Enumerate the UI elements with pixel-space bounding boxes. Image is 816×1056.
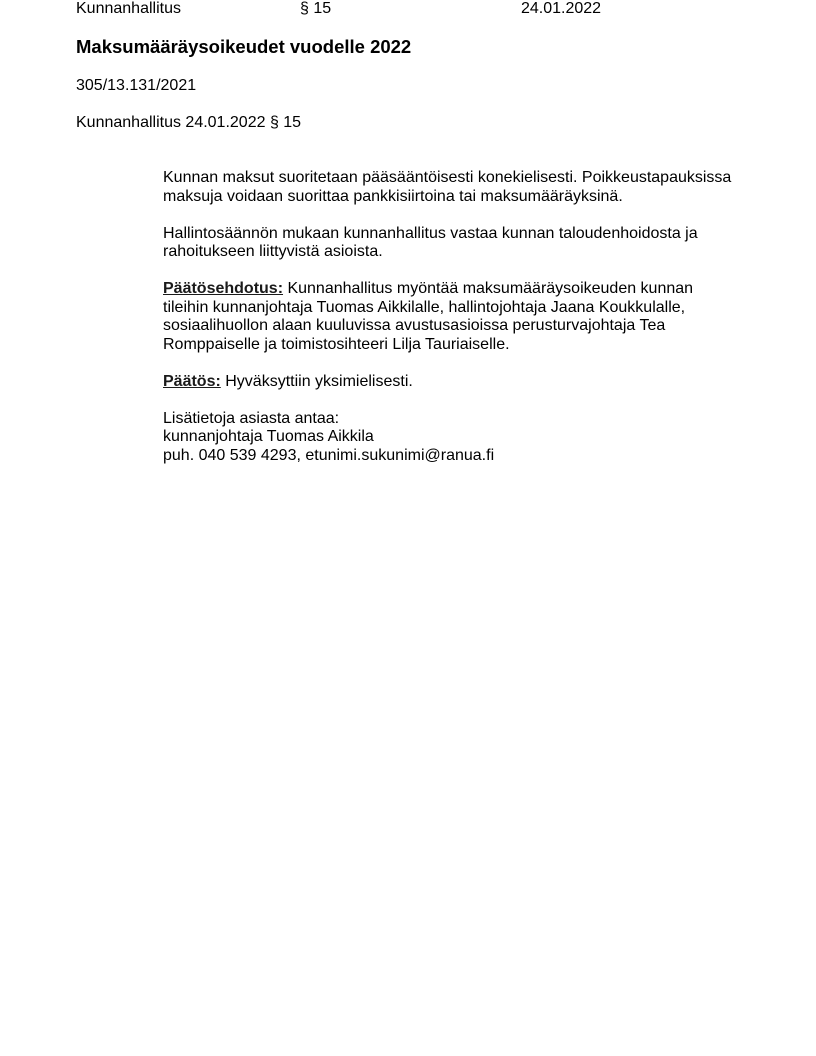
contact-person: kunnanjohtaja Tuomas Aikkila: [163, 428, 753, 447]
text-line: Hallintosäännön mukaan kunnanhallitus va…: [163, 225, 753, 244]
paragraph-proposal: Päätösehdotus: Kunnanhallitus myöntää ma…: [163, 280, 753, 354]
contact-intro: Lisätietoja asiasta antaa:: [163, 410, 753, 429]
paragraph-decision: Päätös: Hyväksyttiin yksimielisesti.: [163, 373, 753, 392]
document-header: Kunnanhallitus § 15 24.01.2022: [76, 0, 636, 19]
contact-details: puh. 040 539 4293, etunimi.sukunimi@ranu…: [163, 447, 753, 466]
paragraph-administration: Hallintosäännön mukaan kunnanhallitus va…: [163, 225, 753, 262]
document-body: Kunnan maksut suoritetaan pääsääntöisest…: [163, 169, 753, 484]
meeting-reference: Kunnanhallitus 24.01.2022 § 15: [76, 113, 301, 133]
decision-text: Hyväksyttiin yksimielisesti.: [221, 373, 413, 390]
text-line: rahoitukseen liittyvistä asioista.: [163, 243, 753, 262]
decision-label: Päätös:: [163, 373, 221, 390]
paragraph-payments: Kunnan maksut suoritetaan pääsääntöisest…: [163, 169, 753, 206]
reference-number: 305/13.131/2021: [76, 76, 196, 96]
header-organ: Kunnanhallitus: [76, 0, 181, 19]
document-title: Maksumääräysoikeudet vuodelle 2022: [76, 36, 411, 58]
proposal-label: Päätösehdotus:: [163, 280, 283, 297]
proposal-text: Kunnanhallitus myöntää maksumääräysoikeu…: [283, 280, 693, 297]
text-line: Romppaiselle ja toimistosihteeri Lilja T…: [163, 336, 753, 355]
text-line: Kunnan maksut suoritetaan pääsääntöisest…: [163, 169, 753, 188]
text-line: tileihin kunnanjohtaja Tuomas Aikkilalle…: [163, 299, 753, 318]
text-line: Päätösehdotus: Kunnanhallitus myöntää ma…: [163, 280, 753, 299]
text-line: sosiaalihuollon alaan kuuluvissa avustus…: [163, 317, 753, 336]
text-line: Päätös: Hyväksyttiin yksimielisesti.: [163, 373, 753, 392]
text-line: maksuja voidaan suorittaa pankkisiirtoin…: [163, 188, 753, 207]
paragraph-contact: Lisätietoja asiasta antaa: kunnanjohtaja…: [163, 410, 753, 466]
header-section: § 15: [300, 0, 331, 19]
header-date: 24.01.2022: [521, 0, 601, 19]
